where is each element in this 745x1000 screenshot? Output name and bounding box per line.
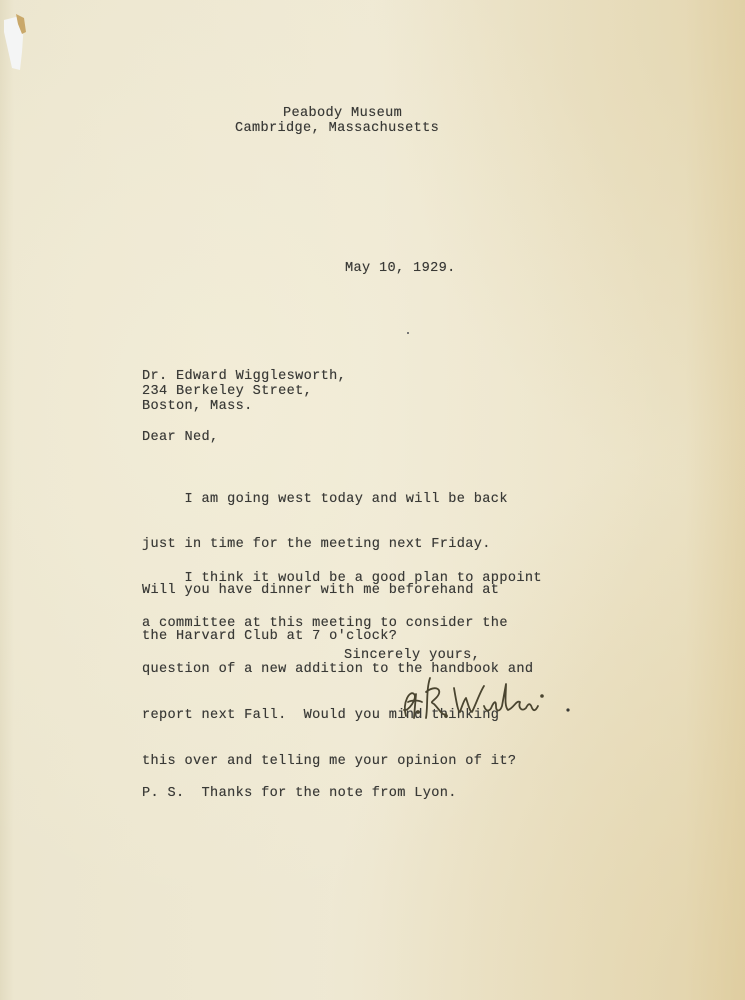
letter-page: Peabody Museum Cambridge, Massachusetts …	[0, 0, 745, 1000]
paper-speck	[407, 332, 409, 334]
handwritten-signature	[396, 672, 576, 724]
letter-date: May 10, 1929.	[345, 261, 456, 276]
recipient-city: Boston, Mass.	[142, 399, 253, 414]
closing: Sincerely yours,	[344, 648, 480, 663]
letterhead-line-1: Peabody Museum	[283, 106, 402, 121]
paragraph-line: a committee at this meeting to consider …	[142, 616, 542, 631]
postscript: P. S. Thanks for the note from Lyon.	[142, 786, 457, 801]
paragraph-line: this over and telling me your opinion of…	[142, 754, 542, 769]
torn-corner-mark	[2, 12, 26, 72]
recipient-name: Dr. Edward Wigglesworth,	[142, 369, 346, 384]
paragraph-line: I am going west today and will be back	[142, 492, 508, 507]
letterhead-line-2: Cambridge, Massachusetts	[235, 121, 439, 136]
paragraph-line: I think it would be a good plan to appoi…	[142, 571, 542, 586]
paragraph-2: I think it would be a good plan to appoi…	[142, 540, 542, 800]
recipient-street: 234 Berkeley Street,	[142, 384, 312, 399]
salutation: Dear Ned,	[142, 430, 219, 445]
